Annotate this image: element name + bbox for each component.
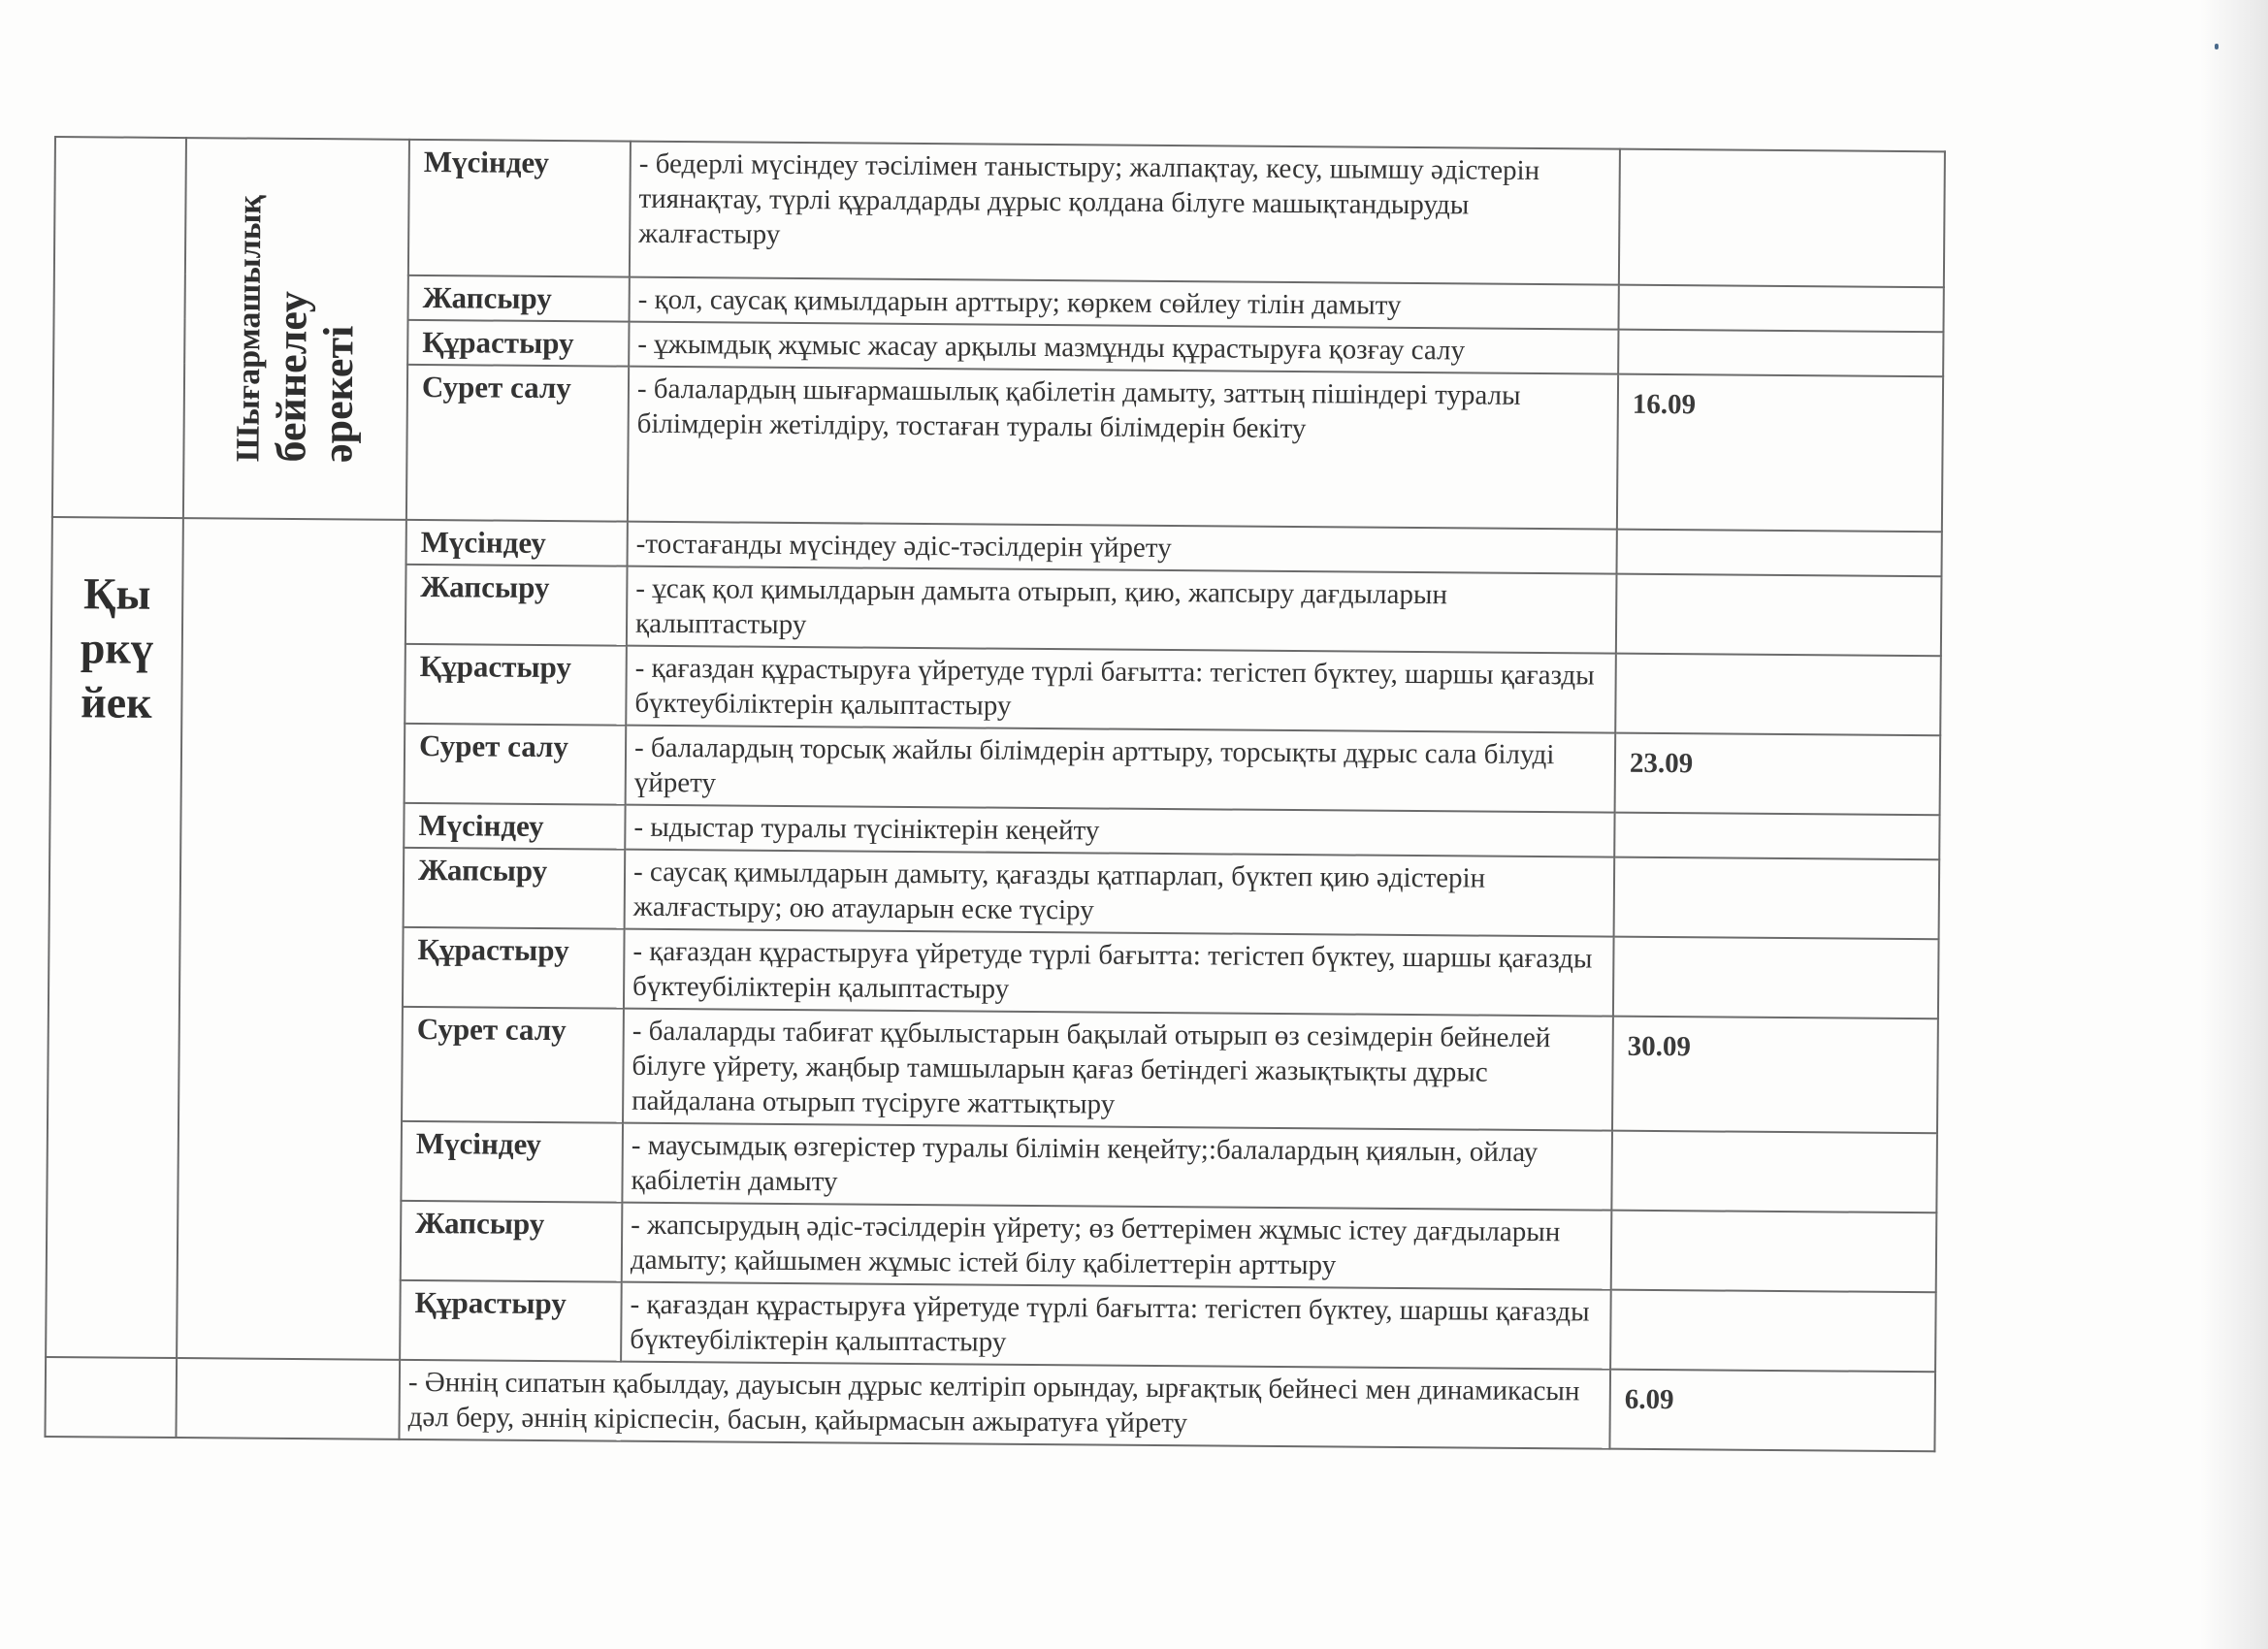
activity-type: Құрастыру — [405, 644, 627, 726]
activity-description: - балаларды табиғат құбылыстарын бақылай… — [623, 1009, 1613, 1131]
activity-type: Сурет салу — [402, 1007, 624, 1123]
music-date: 6.09 — [1609, 1370, 1935, 1452]
activity-description: - жапсырудың әдіс-тәсілдерін үйрету; өз … — [622, 1203, 1612, 1290]
activity-date — [1613, 937, 1939, 1019]
activity-description: - қағаздан құрастыруға үйретуде түрлі ба… — [626, 646, 1616, 733]
activity-date — [1614, 813, 1939, 860]
activity-type: Мүсіндеу — [408, 140, 631, 277]
activity-type: Сурет салу — [406, 365, 629, 522]
month-cell-empty — [45, 1357, 177, 1438]
activity-description: -тостағанды мүсіндеу әдіс-тәсілдерін үйр… — [628, 522, 1617, 574]
activity-date — [1611, 1131, 1937, 1213]
activity-date — [1614, 857, 1940, 940]
activity-type: Құрастыру — [403, 927, 625, 1009]
activity-date: 30.09 — [1612, 1017, 1938, 1134]
table-row-music: - Әннің сипатын қабылдау, дауысын дұрыс … — [45, 1357, 1935, 1451]
activity-type: Жапсыру — [404, 848, 626, 929]
activity-date — [1618, 285, 1943, 333]
activity-description: - қағаздан құрастыруға үйретуде түрлі ба… — [624, 929, 1614, 1017]
month-label: Қыркүйек — [46, 517, 183, 1358]
lesson-plan-table: Шығармашылық бейнелеу әрекеті Мүсіндеу -… — [44, 136, 1945, 1452]
activity-description: - қол, саусақ қимылдарын арттыру; көркем… — [630, 277, 1619, 330]
activity-area-cell: Шығармашылық бейнелеу әрекеті — [183, 138, 409, 520]
activity-area-label: Шығармашылық бейнелеу әрекеті — [229, 195, 363, 463]
activity-type: Сурет салу — [405, 724, 627, 805]
activity-date — [1611, 1211, 1937, 1293]
activity-area-cell-empty — [176, 1358, 400, 1439]
activity-date — [1618, 330, 1943, 377]
activity-description: - ұжымдық жұмыс жасау арқылы мазмұнды құ… — [629, 322, 1618, 374]
activity-description: - саусақ қимылдарын дамыту, қағазды қатп… — [625, 850, 1615, 937]
scan-speck — [2215, 44, 2219, 49]
activity-type: Құрастыру — [407, 320, 629, 367]
activity-description: - қағаздан құрастыруға үйретуде түрлі ба… — [621, 1282, 1611, 1370]
activity-date: 23.09 — [1615, 733, 1941, 816]
activity-area-cell-empty — [177, 518, 406, 1360]
activity-description: - ыдыстар туралы түсініктерін кеңейту — [625, 805, 1614, 857]
activity-date — [1619, 149, 1945, 288]
lesson-plan-sheet: Шығармашылық бейнелеу әрекеті Мүсіндеу -… — [44, 136, 1943, 1452]
activity-type: Мүсіндеу — [406, 520, 628, 566]
month-cell-empty — [52, 137, 186, 518]
scan-page-edge — [2200, 0, 2268, 1649]
activity-type: Мүсіндеу — [404, 803, 625, 850]
activity-description: - балалардың торсық жайлы білімдерін арт… — [626, 726, 1616, 813]
activity-date — [1610, 1290, 1936, 1373]
music-description: - Әннің сипатын қабылдау, дауысын дұрыс … — [399, 1360, 1610, 1449]
table-row: Шығармашылық бейнелеу әрекеті Мүсіндеу -… — [54, 137, 1945, 287]
activity-date — [1616, 574, 1942, 657]
activity-type: Жапсыру — [401, 1201, 623, 1282]
activity-description: - балалардың шығармашылық қабілетін дамы… — [628, 367, 1618, 530]
activity-description: - маусымдық өзгерістер туралы білімін ке… — [622, 1123, 1612, 1211]
activity-type: Мүсіндеу — [401, 1121, 623, 1203]
activity-date: 16.09 — [1617, 374, 1943, 533]
activity-date — [1615, 654, 1941, 736]
activity-type: Құрастыру — [400, 1280, 622, 1362]
activity-type: Жапсыру — [405, 565, 628, 646]
activity-date — [1617, 530, 1942, 577]
activity-description: - бедерлі мүсіндеу тәсілімен таныстыру; … — [630, 142, 1620, 285]
activity-type: Жапсыру — [408, 275, 630, 322]
activity-description: - ұсақ қол қимылдарын дамыта отырып, қию… — [627, 566, 1617, 654]
